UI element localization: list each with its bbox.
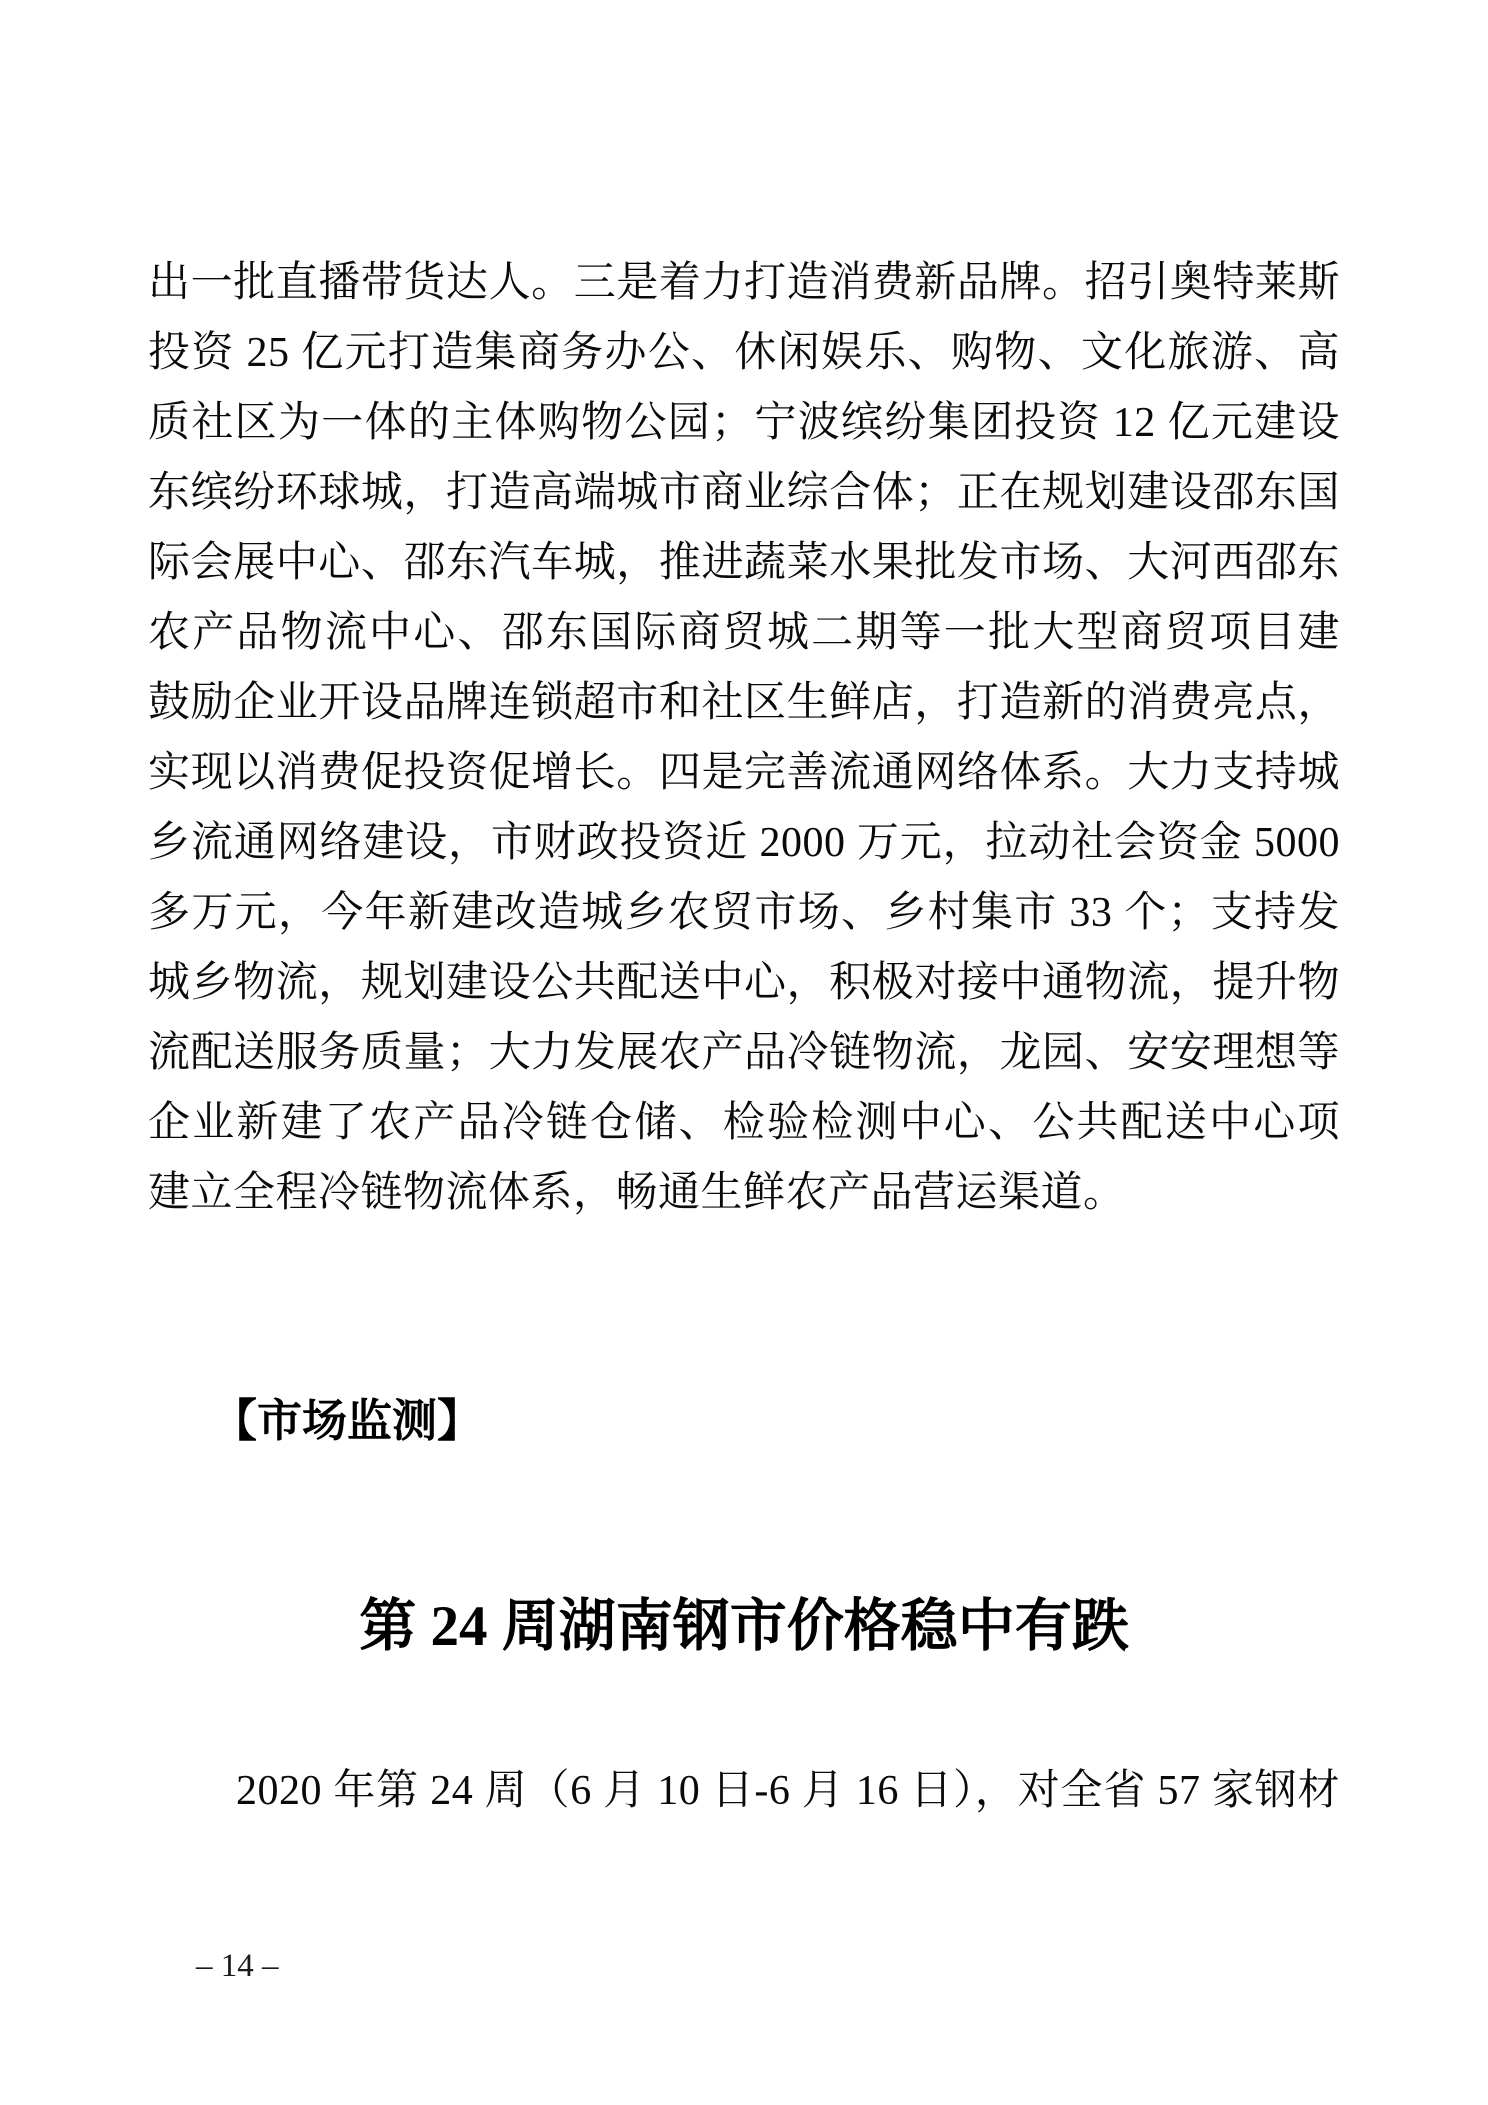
body-line: 乡流通网络建设，市财政投资近 2000 万元，拉动社会资金 5000 xyxy=(148,808,1340,878)
body-line: 农产品物流中心、邵东国际商贸城二期等一批大型商贸项目建设， xyxy=(148,598,1340,668)
body-line: 多万元，今年新建改造城乡农贸市场、乡村集市 33 个；支持发展 xyxy=(148,878,1340,948)
body-line: 东缤纷环球城，打造高端城市商业综合体；正在规划建设邵东国 xyxy=(148,458,1340,528)
section-header: 【市场监测】 xyxy=(212,1396,482,1446)
body-line: 投资 25 亿元打造集商务办公、休闲娱乐、购物、文化旅游、高品 xyxy=(148,318,1340,388)
body-line: 质社区为一体的主体购物公园；宁波缤纷集团投资 12 亿元建设邵 xyxy=(148,388,1340,458)
page-number: – 14 – xyxy=(196,1946,279,1986)
body-line: 际会展中心、邵东汽车城，推进蔬菜水果批发市场、大河西邵东 xyxy=(148,528,1340,598)
document-page: 出一批直播带货达人。三是着力打造消费新品牌。招引奥特莱斯 投资 25 亿元打造集… xyxy=(0,0,1488,2105)
article-paragraph-line: 2020 年第 24 周（6 月 10 日-6 月 16 日），对全省 57 家… xyxy=(148,1756,1340,1826)
body-line: 城乡物流，规划建设公共配送中心，积极对接中通物流，提升物 xyxy=(148,948,1340,1018)
body-line: 企业新建了农产品冷链仓储、检验检测中心、公共配送中心项目， xyxy=(148,1088,1340,1158)
article-title: 第 24 周湖南钢市价格稳中有跌 xyxy=(0,1592,1488,1662)
body-line: 出一批直播带货达人。三是着力打造消费新品牌。招引奥特莱斯 xyxy=(148,248,1340,318)
body-line: 鼓励企业开设品牌连锁超市和社区生鲜店，打造新的消费亮点， xyxy=(148,668,1340,738)
body-line: 建立全程冷链物流体系，畅通生鲜农产品营运渠道。 xyxy=(148,1158,1340,1228)
body-line: 流配送服务质量；大力发展农产品冷链物流，龙园、安安理想等 xyxy=(148,1018,1340,1088)
body-paragraph: 出一批直播带货达人。三是着力打造消费新品牌。招引奥特莱斯 投资 25 亿元打造集… xyxy=(148,248,1340,1228)
body-line: 实现以消费促投资促增长。四是完善流通网络体系。大力支持城 xyxy=(148,738,1340,808)
